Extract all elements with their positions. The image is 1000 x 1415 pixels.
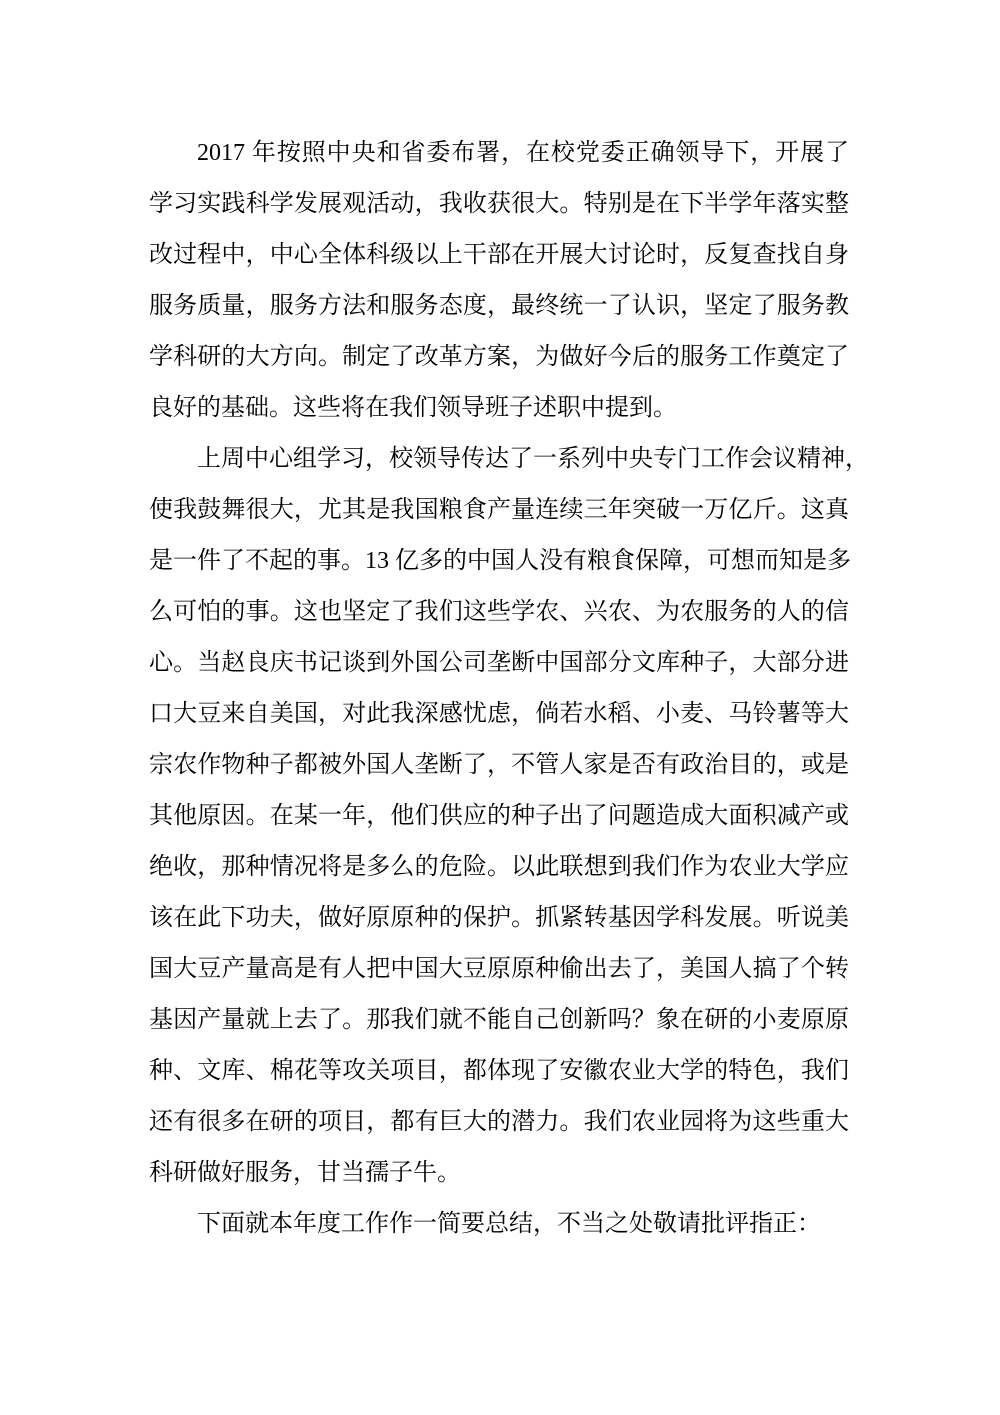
- text-line: 科研做好服务，甘当孺子牛。: [149, 1148, 849, 1199]
- text-line: 口大豆来自美国，对此我深感忧虑，倘若水稻、小麦、马铃薯等大: [149, 689, 849, 740]
- text-line: 服务质量，服务方法和服务态度，最终统一了认识，坚定了服务教: [149, 281, 849, 332]
- text-line: 还有很多在研的项目，都有巨大的潜力。我们农业园将为这些重大: [149, 1097, 849, 1148]
- document-page: 2017 年按照中央和省委布署，在校党委正确领导下，开展了学习实践科学发展观活动…: [0, 0, 1000, 1415]
- paragraph: 下面就本年度工作作一简要总结，不当之处敬请批评指正：: [149, 1199, 849, 1250]
- text-line: 基因产量就上去了。那我们就不能自己创新吗？象在研的小麦原原: [149, 995, 849, 1046]
- text-line: 心。当赵良庆书记谈到外国公司垄断中国部分文库种子，大部分进: [149, 638, 849, 689]
- text-line: 绝收，那种情况将是多么的危险。以此联想到我们作为农业大学应: [149, 842, 849, 893]
- text-line: 良好的基础。这些将在我们领导班子述职中提到。: [149, 383, 849, 434]
- text-line: 其他原因。在某一年，他们供应的种子出了问题造成大面积减产或: [149, 791, 849, 842]
- text-line: 2017 年按照中央和省委布署，在校党委正确领导下，开展了: [149, 128, 849, 179]
- paragraph: 2017 年按照中央和省委布署，在校党委正确领导下，开展了学习实践科学发展观活动…: [149, 128, 849, 434]
- text-line: 改过程中，中心全体科级以上干部在开展大讨论时，反复查找自身: [149, 230, 849, 281]
- text-line: 该在此下功夫，做好原原种的保护。抓紧转基因学科发展。听说美: [149, 893, 849, 944]
- text-line: 学习实践科学发展观活动，我收获很大。特别是在下半学年落实整: [149, 179, 849, 230]
- text-line: 学科研的大方向。制定了改革方案，为做好今后的服务工作奠定了: [149, 332, 849, 383]
- text-line: 国大豆产量高是有人把中国大豆原原种偷出去了，美国人搞了个转: [149, 944, 849, 995]
- text-line: 上周中心组学习，校领导传达了一系列中央专门工作会议精神，: [149, 434, 849, 485]
- text-line: 么可怕的事。这也坚定了我们这些学农、兴农、为农服务的人的信: [149, 587, 849, 638]
- text-line: 宗农作物种子都被外国人垄断了，不管人家是否有政治目的，或是: [149, 740, 849, 791]
- text-line: 是一件了不起的事。13 亿多的中国人没有粮食保障，可想而知是多: [149, 536, 849, 587]
- text-line: 种、文库、棉花等攻关项目，都体现了安徽农业大学的特色，我们: [149, 1046, 849, 1097]
- paragraph: 上周中心组学习，校领导传达了一系列中央专门工作会议精神，使我鼓舞很大，尤其是我国…: [149, 434, 849, 1199]
- text-line: 下面就本年度工作作一简要总结，不当之处敬请批评指正：: [149, 1199, 849, 1250]
- text-line: 使我鼓舞很大，尤其是我国粮食产量连续三年突破一万亿斤。这真: [149, 485, 849, 536]
- document-body: 2017 年按照中央和省委布署，在校党委正确领导下，开展了学习实践科学发展观活动…: [149, 128, 849, 1250]
